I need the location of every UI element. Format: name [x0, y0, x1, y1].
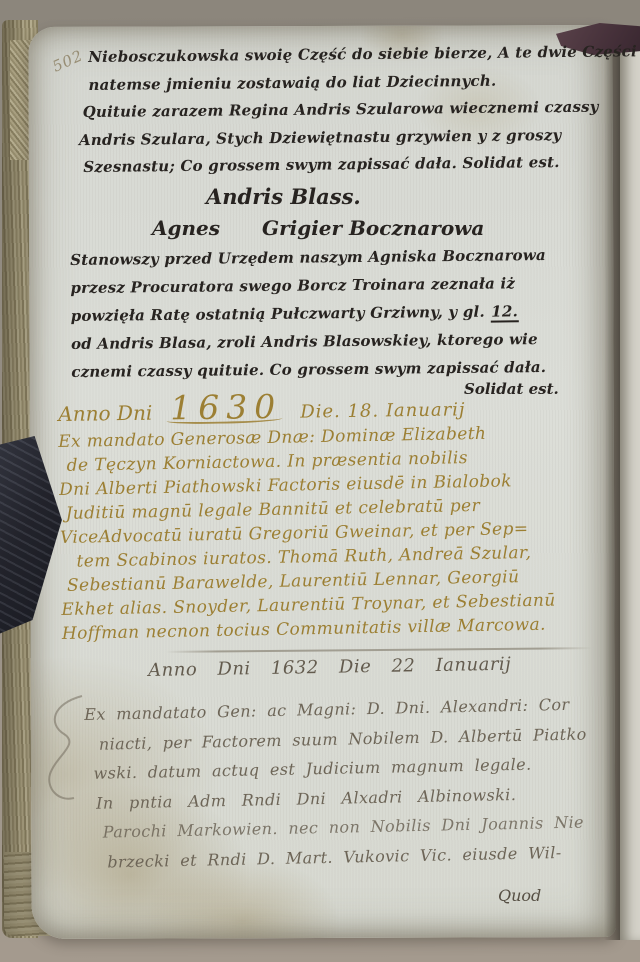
record-1630-latin-text: Ex mandato Generosæ Dnæ: Dominæ Elizabet…	[58, 421, 556, 646]
manuscript-line: Szesnastu; Co grossem swym zapissać dała…	[83, 148, 638, 181]
solidat-est-note: Solidat est.	[464, 380, 559, 398]
catchword: Quod	[498, 886, 541, 905]
rate-line-text: powzięła Ratę ostatnią Pułczwarty Grziwn…	[71, 303, 485, 325]
entry-andris-blass-lines-b: od Andris Blasa, zroli Andris Blasowskie…	[71, 325, 547, 386]
entry-regina-szularowa-text: Niebosczukowska swoię Część do siebie bi…	[88, 38, 638, 181]
manuscript-line: Niebosczukowska swoię Część do siebie bi…	[88, 38, 637, 71]
entry-andris-blass-text: Stanowszy przed Urzędem naszym Agniska B…	[70, 241, 547, 386]
date-1630-suffix: Die. 18. Ianuarij	[300, 399, 466, 422]
entry-andris-blass-lines-a: Stanowszy przed Urzędem naszym Agniska B…	[70, 241, 546, 302]
date-1630-prefix: Anno Dni	[58, 401, 152, 426]
manuscript-photo: 502 Niebosczukowska swoię Część do siebi…	[0, 0, 640, 962]
heading-party-bocznarowa: Grigier Bocznarowa	[262, 216, 484, 240]
pen-flourish	[44, 690, 90, 808]
heading-party-agnes: Agnes	[152, 216, 220, 240]
record-1632-latin-text: Ex mandatato Gen: ac Magni: D. Dni. Alex…	[84, 689, 589, 876]
date-1630-year: 1630	[170, 387, 283, 428]
rate-amount-underlined: 12.	[490, 302, 519, 322]
date-line-1630: Anno Dni 1630 Die. 18. Ianuarij	[58, 384, 466, 429]
heading-andris-blass: Andris Blass.	[206, 184, 361, 209]
